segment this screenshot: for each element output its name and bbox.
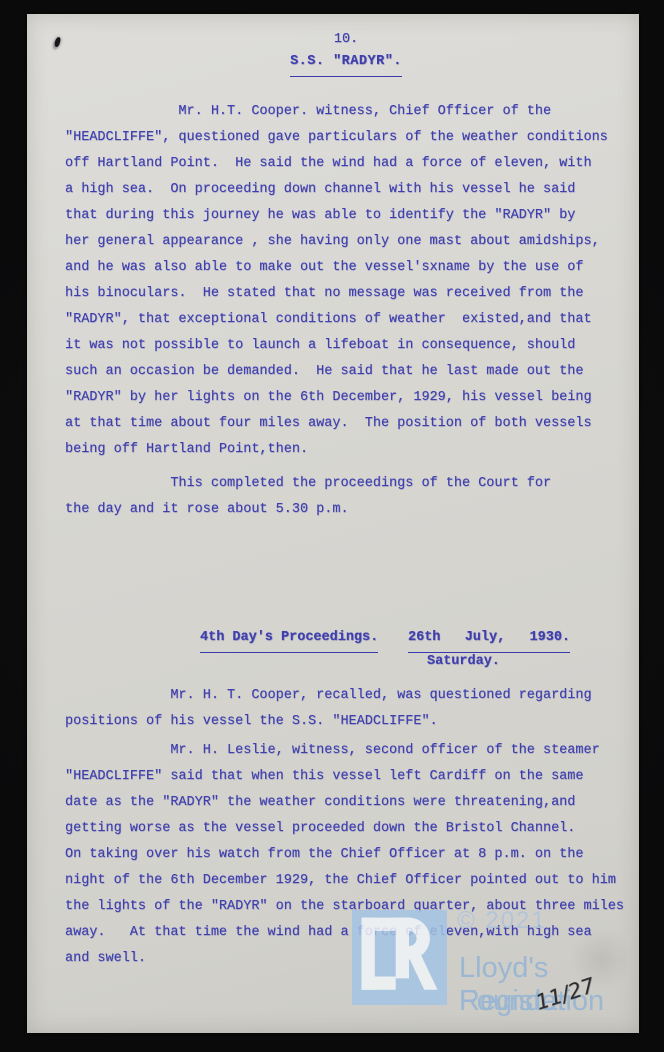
- text-line: night of the 6th December 1929, the Chie…: [65, 868, 627, 894]
- text-line: Mr. H.T. Cooper. witness, Chief Officer …: [65, 99, 627, 125]
- text-line: at that time about four miles away. The …: [65, 411, 627, 437]
- text-line: "RADYR", that exceptional conditions of …: [65, 307, 627, 333]
- section-heading-name: 4th Day's Proceedings.: [200, 625, 378, 653]
- paragraph-1: Mr. H.T. Cooper. witness, Chief Officer …: [65, 99, 627, 463]
- text-line: a high sea. On proceeding down channel w…: [65, 177, 627, 203]
- paragraph-4: Mr. H. Leslie, witness, second officer o…: [65, 738, 627, 972]
- section-heading-day: Saturday.: [427, 649, 500, 675]
- text-line: that during this journey he was able to …: [65, 203, 627, 229]
- document-title: S.S. "RADYR".: [65, 49, 627, 77]
- text-line: the day and it rose about 5.30 p.m.: [65, 497, 627, 523]
- text-line: getting worse as the vessel proceeded do…: [65, 816, 627, 842]
- ink-mark: [54, 37, 61, 48]
- text-line: positions of his vessel the S.S. "HEADCL…: [65, 709, 627, 735]
- text-line: being off Hartland Point,then.: [65, 437, 627, 463]
- paragraph-3: Mr. H. T. Cooper, recalled, was question…: [65, 683, 627, 735]
- scan-background: { "document": { "page_number": "10.", "t…: [0, 0, 664, 1052]
- typewritten-content: 10. S.S. "RADYR". Mr. H.T. Cooper. witne…: [65, 14, 627, 1033]
- text-line: "RADYR" by her lights on the 6th Decembe…: [65, 385, 627, 411]
- text-line: away. At that time the wind had a force …: [65, 920, 627, 946]
- paragraph-2: This completed the proceedings of the Co…: [65, 471, 627, 523]
- text-line: Mr. H. Leslie, witness, second officer o…: [65, 738, 627, 764]
- text-line: the lights of the "RADYR" on the starboa…: [65, 894, 627, 920]
- title-text: S.S. "RADYR".: [290, 49, 402, 77]
- text-line: "HEADCLIFFE", questioned gave particular…: [65, 125, 627, 151]
- text-line: and he was also able to make out the ves…: [65, 255, 627, 281]
- text-line: her general appearance , she having only…: [65, 229, 627, 255]
- section-heading: 4th Day's Proceedings. 26th July, 1930.: [65, 625, 627, 653]
- text-line: and swell.: [65, 946, 627, 972]
- text-line: it was not possible to launch a lifeboat…: [65, 333, 627, 359]
- text-line: Mr. H. T. Cooper, recalled, was question…: [65, 683, 627, 709]
- text-line: his binoculars. He stated that no messag…: [65, 281, 627, 307]
- text-line: date as the "RADYR" the weather conditio…: [65, 790, 627, 816]
- scanned-page: 10. S.S. "RADYR". Mr. H.T. Cooper. witne…: [27, 14, 639, 1033]
- text-line: On taking over his watch from the Chief …: [65, 842, 627, 868]
- text-line: "HEADCLIFFE" said that when this vessel …: [65, 764, 627, 790]
- text-line: This completed the proceedings of the Co…: [65, 471, 627, 497]
- text-line: off Hartland Point. He said the wind had…: [65, 151, 627, 177]
- text-line: such an occasion be demanded. He said th…: [65, 359, 627, 385]
